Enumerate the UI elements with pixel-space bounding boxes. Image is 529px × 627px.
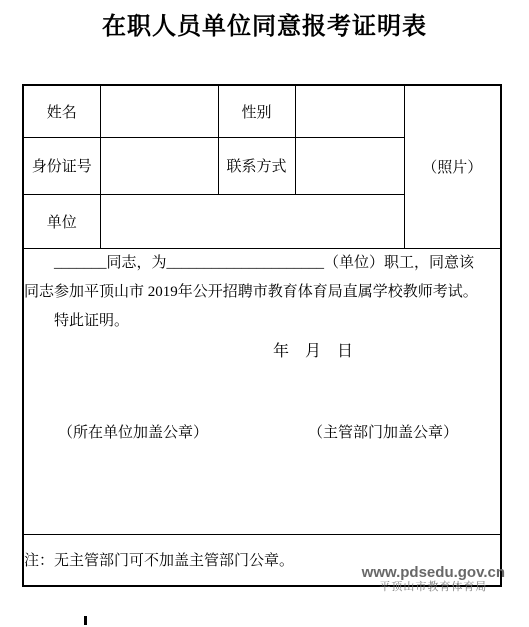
id-number-value-cell [100, 137, 218, 194]
name-value-cell [100, 85, 218, 137]
id-number-label: 身份证号 [23, 137, 100, 194]
gender-label: 性别 [218, 85, 295, 137]
note-text: 注：无主管部门可不加盖主管部门公章。 [24, 553, 294, 569]
date-line: 年 月 日 [24, 338, 500, 365]
contact-label: 联系方式 [218, 137, 295, 194]
gender-value-cell [295, 85, 404, 137]
statement-line-1: _______同志，为_____________________（单位）职工，同… [24, 249, 500, 278]
contact-value-cell [295, 137, 404, 194]
note-cell: 注：无主管部门可不加盖主管部门公章。 [23, 534, 501, 586]
unit-stamp-label: （所在单位加盖公章） [58, 423, 208, 443]
table-row-name-gender: 姓名 性别 （照片） [23, 85, 501, 137]
table-row-statement: _______同志，为_____________________（单位）职工，同… [23, 248, 501, 534]
document-title: 在职人员单位同意报考证明表 [0, 11, 529, 43]
unit-value-cell [100, 194, 404, 248]
statement-line-3: 特此证明。 [24, 307, 500, 336]
form-table: 姓名 性别 （照片） 身份证号 联系方式 单位 _______同志，为_____… [22, 84, 502, 587]
table-row-note: 注：无主管部门可不加盖主管部门公章。 [23, 534, 501, 586]
statement-line-2: 同志参加平顶山市 2019年公开招聘市教育体育局直属学校教师考试。 [24, 278, 500, 307]
cursor-mark [84, 616, 87, 625]
photo-placeholder: （照片） [404, 85, 501, 248]
dept-stamp-label: （主管部门加盖公章） [308, 423, 458, 443]
document-page: 在职人员单位同意报考证明表 姓名 性别 （照片） 身份证号 联系方式 单位 [0, 0, 529, 627]
name-label: 姓名 [23, 85, 100, 137]
unit-label: 单位 [23, 194, 100, 248]
statement-cell: _______同志，为_____________________（单位）职工，同… [23, 248, 501, 534]
stamp-labels-row: （所在单位加盖公章） （主管部门加盖公章） [24, 423, 500, 443]
